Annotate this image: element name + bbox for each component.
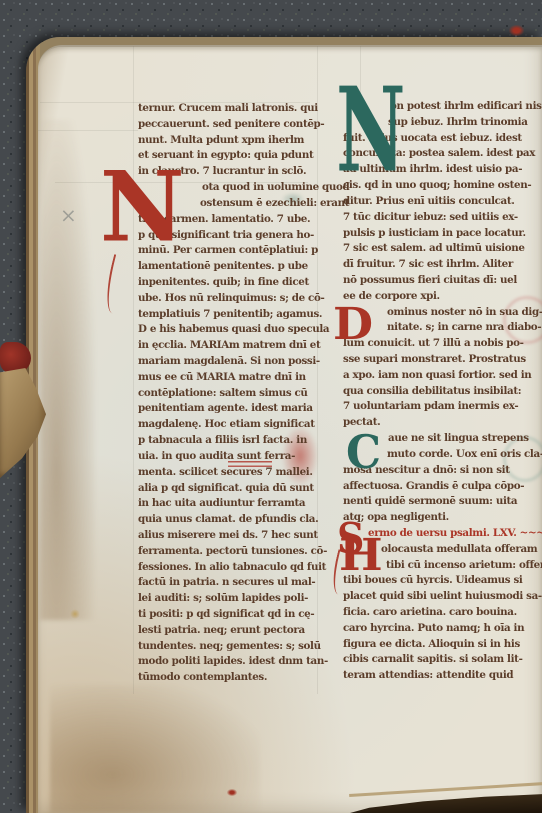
text-line: ternur. Crucem mali latronis. qui xyxy=(138,101,314,117)
text-line: cibis carnalit sapitis. si solam lit- xyxy=(343,652,542,668)
rubric-line: ermo de uersu psalmi. LXV. ~~~ xyxy=(343,526,542,542)
text-line: pulsis p iusticiam in pace locatur. xyxy=(343,226,542,242)
text-line: figura ee dicta. Alioquin si in his xyxy=(343,637,542,653)
text-column-right: on potest ihrlm edificari nisisup iebuz.… xyxy=(343,99,542,684)
text-line: tundentes. neq; gementes: s; solū xyxy=(138,639,314,655)
text-line: contēplatione: saltem simus cū xyxy=(138,386,314,402)
text-line: affectuosa. Grandis ē culpa cōpo- xyxy=(343,479,542,495)
text-line: lamentationē penitentes. p ube xyxy=(138,259,314,275)
text-line: minū. Per carmen contēplatiui: p xyxy=(138,243,314,259)
text-line: peccauerunt. sed penitere contēp- xyxy=(138,117,314,133)
text-line: dī fruitur. 7 sic est ihrlm. Aliter xyxy=(343,257,542,273)
text-line: cis. qd in uno quoq; homine osten- xyxy=(343,178,542,194)
text-line: ad ultimum ihrlm. idest uisio pa- xyxy=(343,162,542,178)
text-line: aue ne sit lingua strepens xyxy=(343,431,542,447)
text-line: tria. carmen. lamentatio. 7 ube. xyxy=(138,212,314,228)
text-line: placet quid sibi uelint huiusmodi sa- xyxy=(343,589,542,605)
text-line: alia p qd significat. quia dū sunt xyxy=(138,481,314,497)
text-line: p tabnacula a filiis isrl facta. in xyxy=(138,433,314,449)
text-line: tibi cū incenso arietum: offerā xyxy=(343,558,542,574)
text-line: qua consilia debilitatus insibilat: xyxy=(343,384,542,400)
text-line: alius miserere mei ds. 7 hec sunt xyxy=(138,528,314,544)
text-line: lei auditi: s; solūm lapides poli- xyxy=(138,591,314,607)
ruling-line xyxy=(133,46,134,694)
red-bookmark xyxy=(0,342,31,373)
text-line: et seruant in egypto: quia pdunt xyxy=(138,148,314,164)
text-line: on potest ihrlm edificari nisi xyxy=(343,99,542,115)
text-line: magdalenę. Hoc etiam significat xyxy=(138,417,314,433)
text-line: pectat. xyxy=(343,415,542,431)
text-line: p que significant tria genera ho- xyxy=(138,228,314,244)
text-line: muto corde. Uox enī oris cla- xyxy=(343,447,542,463)
text-line: ditur. Prius enī uitiis conculcat. xyxy=(343,194,542,210)
text-line: ti positi: p qd significat qd in cę- xyxy=(138,607,314,623)
text-line: 7 tūc dicitur iebuz: sed uitiis ex- xyxy=(343,210,542,226)
text-line: tibi boues cū hyrcis. Uideamus si xyxy=(343,573,542,589)
text-line: conculcata: postea salem. idest pax xyxy=(343,146,542,162)
text-line: in ęcclia. MARIAm matrem dnī et xyxy=(138,338,314,354)
text-line: in claustro. 7 lucrantur in sclō. xyxy=(138,164,314,180)
ruling-line xyxy=(38,130,138,131)
text-line: quia unus clamat. de pfundis cla. xyxy=(138,512,314,528)
text-line: D e his habemus quasi duo specula xyxy=(138,322,314,338)
ruling-line xyxy=(360,46,361,104)
text-line: sse supari monstraret. Prostratus xyxy=(343,352,542,368)
text-line: teram attendias: attendite quid xyxy=(343,668,542,684)
text-line: a xpo. iam non quasi fortior. sed in xyxy=(343,368,542,384)
text-line: mosa nescitur a dnō: si non sit xyxy=(343,463,542,479)
text-line: nitate. s; in carne nra diabo- xyxy=(343,320,542,336)
text-line: tūmodo contemplantes. xyxy=(138,670,314,686)
text-line: inpenitentes. quib; in fine dicet xyxy=(138,275,314,291)
text-line: templatiuis 7 penitentib; agamus. xyxy=(138,307,314,323)
text-line: fessiones. In alio tabnaculo qd fuit xyxy=(138,560,314,576)
text-line: menta. scilicet secures 7 mallei. xyxy=(138,465,314,481)
text-line: mariam magdalenā. Si non possi- xyxy=(138,354,314,370)
text-line: atq; opa negligenti. xyxy=(343,510,542,526)
text-line: ota quod in uolumine quod xyxy=(138,180,314,196)
text-line: factū in patria. n secures ul mal- xyxy=(138,575,314,591)
text-column-left: ternur. Crucem mali latronis. quipeccaue… xyxy=(138,101,314,686)
text-line: caro hyrcina. Puto namq; h oīa in xyxy=(343,621,542,637)
text-line: mus ee cū MARIA matre dnī in xyxy=(138,370,314,386)
manuscript-photo: ternur. Crucem mali latronis. quipeccaue… xyxy=(0,0,542,813)
text-line: nunt. Multa pdunt xpm iherlm xyxy=(138,133,314,149)
text-line: lesti patria. neq; erunt pectora xyxy=(138,623,314,639)
text-line: ficia. caro arietina. caro bouina. xyxy=(343,605,542,621)
ruling-line xyxy=(317,46,318,694)
text-line: 7 sic est salem. ad ultimū uisione xyxy=(343,241,542,257)
text-line: lum conuicit. ut 7 illū a nobis po- xyxy=(343,336,542,352)
text-line: modo politi lapides. idest dnm tan- xyxy=(138,654,314,670)
text-line: nenti quidē sermonē suum: uita xyxy=(343,494,542,510)
text-line: nō possumus fieri ciuitas dī: uel xyxy=(343,273,542,289)
text-line: penitentiam agente. idest maria xyxy=(138,401,314,417)
text-line: ostensum ē ezechieli: erant xyxy=(138,196,314,212)
text-line: uia. in quo audita sunt ferra- xyxy=(138,449,314,465)
text-line: sup iebuz. Ihrlm trinomia xyxy=(343,115,542,131)
text-line: ferramenta. pectorū tunsiones. cō- xyxy=(138,544,314,560)
text-line: in hac uita audiuntur ferramta xyxy=(138,496,314,512)
text-line: ominus noster nō in sua dig- xyxy=(343,305,542,321)
text-line: ee de corpore xpi. xyxy=(343,289,542,305)
text-line: ube. Hos nū relinquimus: s; de cō- xyxy=(138,291,314,307)
text-line: olocausta medullata offeram xyxy=(343,542,542,558)
text-line: fuit. Prius uocata est iebuz. idest xyxy=(343,131,542,147)
text-line: 7 uoluntariam pdam inermis ex- xyxy=(343,399,542,415)
